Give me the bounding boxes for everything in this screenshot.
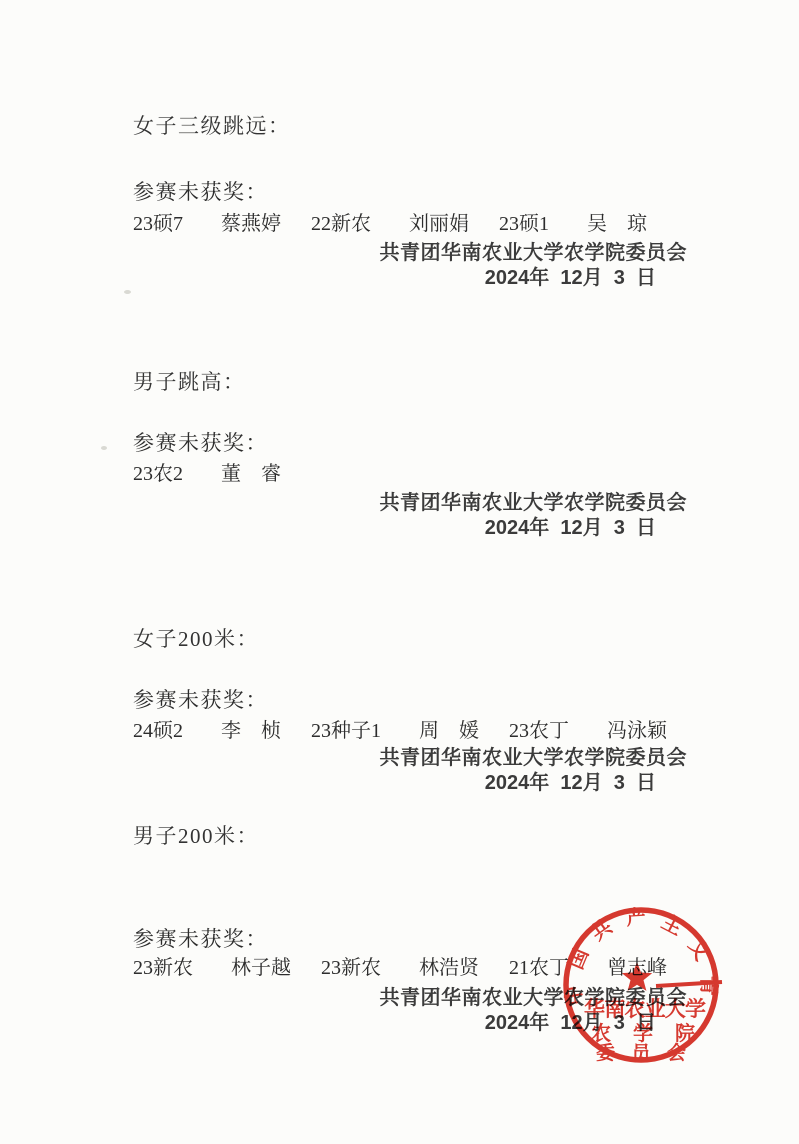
roster-entry: 23种子1周 媛 [311, 714, 479, 743]
event-heading-mens-high-jump: 男子跳高： [133, 366, 246, 396]
entry-name: 周 媛 [419, 714, 479, 743]
entry-class: 23硕7 [133, 207, 183, 236]
seal-ring-text: 中国共产主义青年团 [561, 903, 721, 1007]
roster-row: 23硕7蔡燕婷 22新农刘丽娟 23硕1吴 琼 [133, 207, 647, 236]
entry-name: 董 睿 [221, 457, 281, 486]
roster-entry: 23农丁冯泳颖 [509, 714, 667, 743]
entry-class: 23新农 [321, 951, 381, 980]
star-icon [622, 962, 652, 991]
roster-entry: 24硕2李 桢 [133, 714, 281, 743]
event-heading-womens-triple-jump: 女子三级跳远： [133, 110, 291, 140]
entry-name: 林子越 [231, 951, 291, 980]
seal-line-university: 华南农业大学 [584, 997, 706, 1021]
roster-entry: 23农2董 睿 [133, 457, 281, 486]
scan-speck [124, 290, 131, 294]
entry-class: 23新农 [133, 951, 193, 980]
entry-class: 23硕1 [499, 207, 549, 236]
entry-class: 22新农 [311, 207, 371, 236]
roster-entry: 23新农林浩贤 [321, 951, 479, 980]
scan-speck [101, 446, 107, 450]
entry-name: 吴 琼 [587, 207, 647, 236]
seal-ring-text-container: 中国共产主义青年团 [561, 903, 721, 1007]
entry-class: 21农丁 [509, 951, 569, 980]
result-label: 参赛未获奖： [133, 176, 268, 206]
roster-entry: 23硕7蔡燕婷 [133, 207, 281, 236]
event-heading-mens-200m: 男子200米： [133, 820, 259, 850]
result-label: 参赛未获奖： [133, 923, 268, 953]
entry-name: 冯泳颖 [607, 714, 667, 743]
entry-name: 刘丽娟 [409, 207, 469, 236]
roster-entry: 23新农林子越 [133, 951, 291, 980]
event-heading-womens-200m: 女子200米： [133, 623, 259, 653]
entry-class: 23农丁 [509, 714, 569, 743]
official-seal: 中国共产主义青年团 华南农业大学 农 学 院 委 员 会 [561, 903, 724, 1066]
signature-date: 2024年 12月 3 日 [485, 511, 656, 540]
entry-name: 蔡燕婷 [221, 207, 281, 236]
entry-class: 24硕2 [133, 714, 183, 743]
roster-row: 24硕2李 桢 23种子1周 媛 23农丁冯泳颖 [133, 714, 667, 743]
entry-class: 23农2 [133, 457, 183, 486]
entry-name: 林浩贤 [419, 951, 479, 980]
roster-entry: 22新农刘丽娟 [311, 207, 469, 236]
entry-class: 23种子1 [311, 714, 381, 743]
seal-line-committee: 委 员 会 [596, 1041, 686, 1064]
seal-line-college: 农 学 院 [591, 1021, 695, 1045]
signature-date: 2024年 12月 3 日 [485, 766, 656, 795]
result-label: 参赛未获奖： [133, 427, 268, 457]
roster-row: 23农2董 睿 [133, 457, 281, 486]
signature-date: 2024年 12月 3 日 [485, 261, 656, 290]
scanned-document-page: 女子三级跳远： 参赛未获奖： 23硕7蔡燕婷 22新农刘丽娟 23硕1吴 琼 共… [0, 0, 799, 1144]
result-label: 参赛未获奖： [133, 684, 268, 714]
entry-name: 李 桢 [221, 714, 281, 743]
roster-entry: 23硕1吴 琼 [499, 207, 647, 236]
